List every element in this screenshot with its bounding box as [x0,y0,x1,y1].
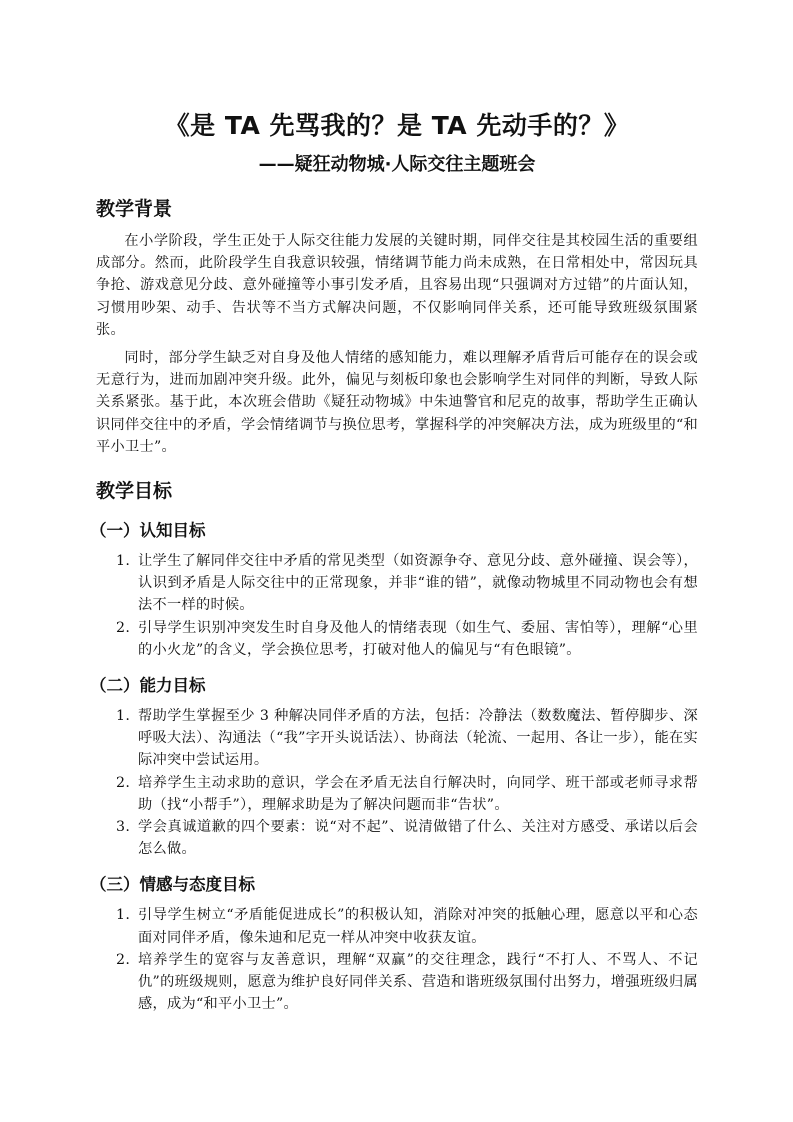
subsection-heading: （一）认知目标 [90,518,698,544]
subsection-cognitive: （一）认知目标 1.让学生了解同伴交往中矛盾的常见类型（如资源争夺、意见分歧、意… [96,518,698,661]
document-body: 教学背景 在小学阶段，学生正处于人际交往能力发展的关键时期，同伴交往是其校园生活… [96,194,698,1015]
list-item: 1.帮助学生掌握至少 3 种解决同伴矛盾的方法，包括：冷静法（数数魔法、暂停脚步… [96,705,698,772]
section-heading: 教学背景 [96,194,698,224]
goal-list: 1.引导学生树立“矛盾能促进成长”的积极认知，消除对冲突的抵触心理，愿意以平和心… [96,904,698,1015]
section-goals: 教学目标 （一）认知目标 1.让学生了解同伴交往中矛盾的常见类型（如资源争夺、意… [96,476,698,1015]
goal-list: 1.帮助学生掌握至少 3 种解决同伴矛盾的方法，包括：冷静法（数数魔法、暂停脚步… [96,705,698,860]
goal-list: 1.让学生了解同伴交往中矛盾的常见类型（如资源争夺、意见分歧、意外碰撞、误会等）… [96,550,698,661]
paragraph: 同时，部分学生缺乏对自身及他人情绪的感知能力，难以理解矛盾背后可能存在的误会或无… [96,347,698,458]
document-title: 《是 TA 先骂我的？是 TA 先动手的？》 [96,106,698,142]
subsection-heading: （三）情感与态度目标 [90,872,698,898]
subsection-heading: （二）能力目标 [90,673,698,699]
section-heading: 教学目标 [96,476,698,506]
subsection-ability: （二）能力目标 1.帮助学生掌握至少 3 种解决同伴矛盾的方法，包括：冷静法（数… [96,673,698,860]
document-subtitle: ——疑狂动物城·人际交往主题班会 [96,150,698,176]
section-background: 教学背景 在小学阶段，学生正处于人际交往能力发展的关键时期，同伴交往是其校园生活… [96,194,698,458]
list-item: 1.引导学生树立“矛盾能促进成长”的积极认知，消除对冲突的抵触心理，愿意以平和心… [96,904,698,948]
list-item: 2.引导学生识别冲突发生时自身及他人的情绪表现（如生气、委屈、害怕等），理解“心… [96,617,698,661]
list-item: 2.培养学生的宽容与友善意识，理解“双赢”的交往理念，践行“不打人、不骂人、不记… [96,949,698,1016]
list-item: 3.学会真诚道歉的四个要素：说“对不起”、说清做错了什么、关注对方感受、承诺以后… [96,816,698,860]
paragraph: 在小学阶段，学生正处于人际交往能力发展的关键时期，同伴交往是其校园生活的重要组成… [96,230,698,341]
subsection-emotion-attitude: （三）情感与态度目标 1.引导学生树立“矛盾能促进成长”的积极认知，消除对冲突的… [96,872,698,1015]
list-item: 2.培养学生主动求助的意识，学会在矛盾无法自行解决时，向同学、班干部或老师寻求帮… [96,772,698,816]
list-item: 1.让学生了解同伴交往中矛盾的常见类型（如资源争夺、意见分歧、意外碰撞、误会等）… [96,550,698,617]
